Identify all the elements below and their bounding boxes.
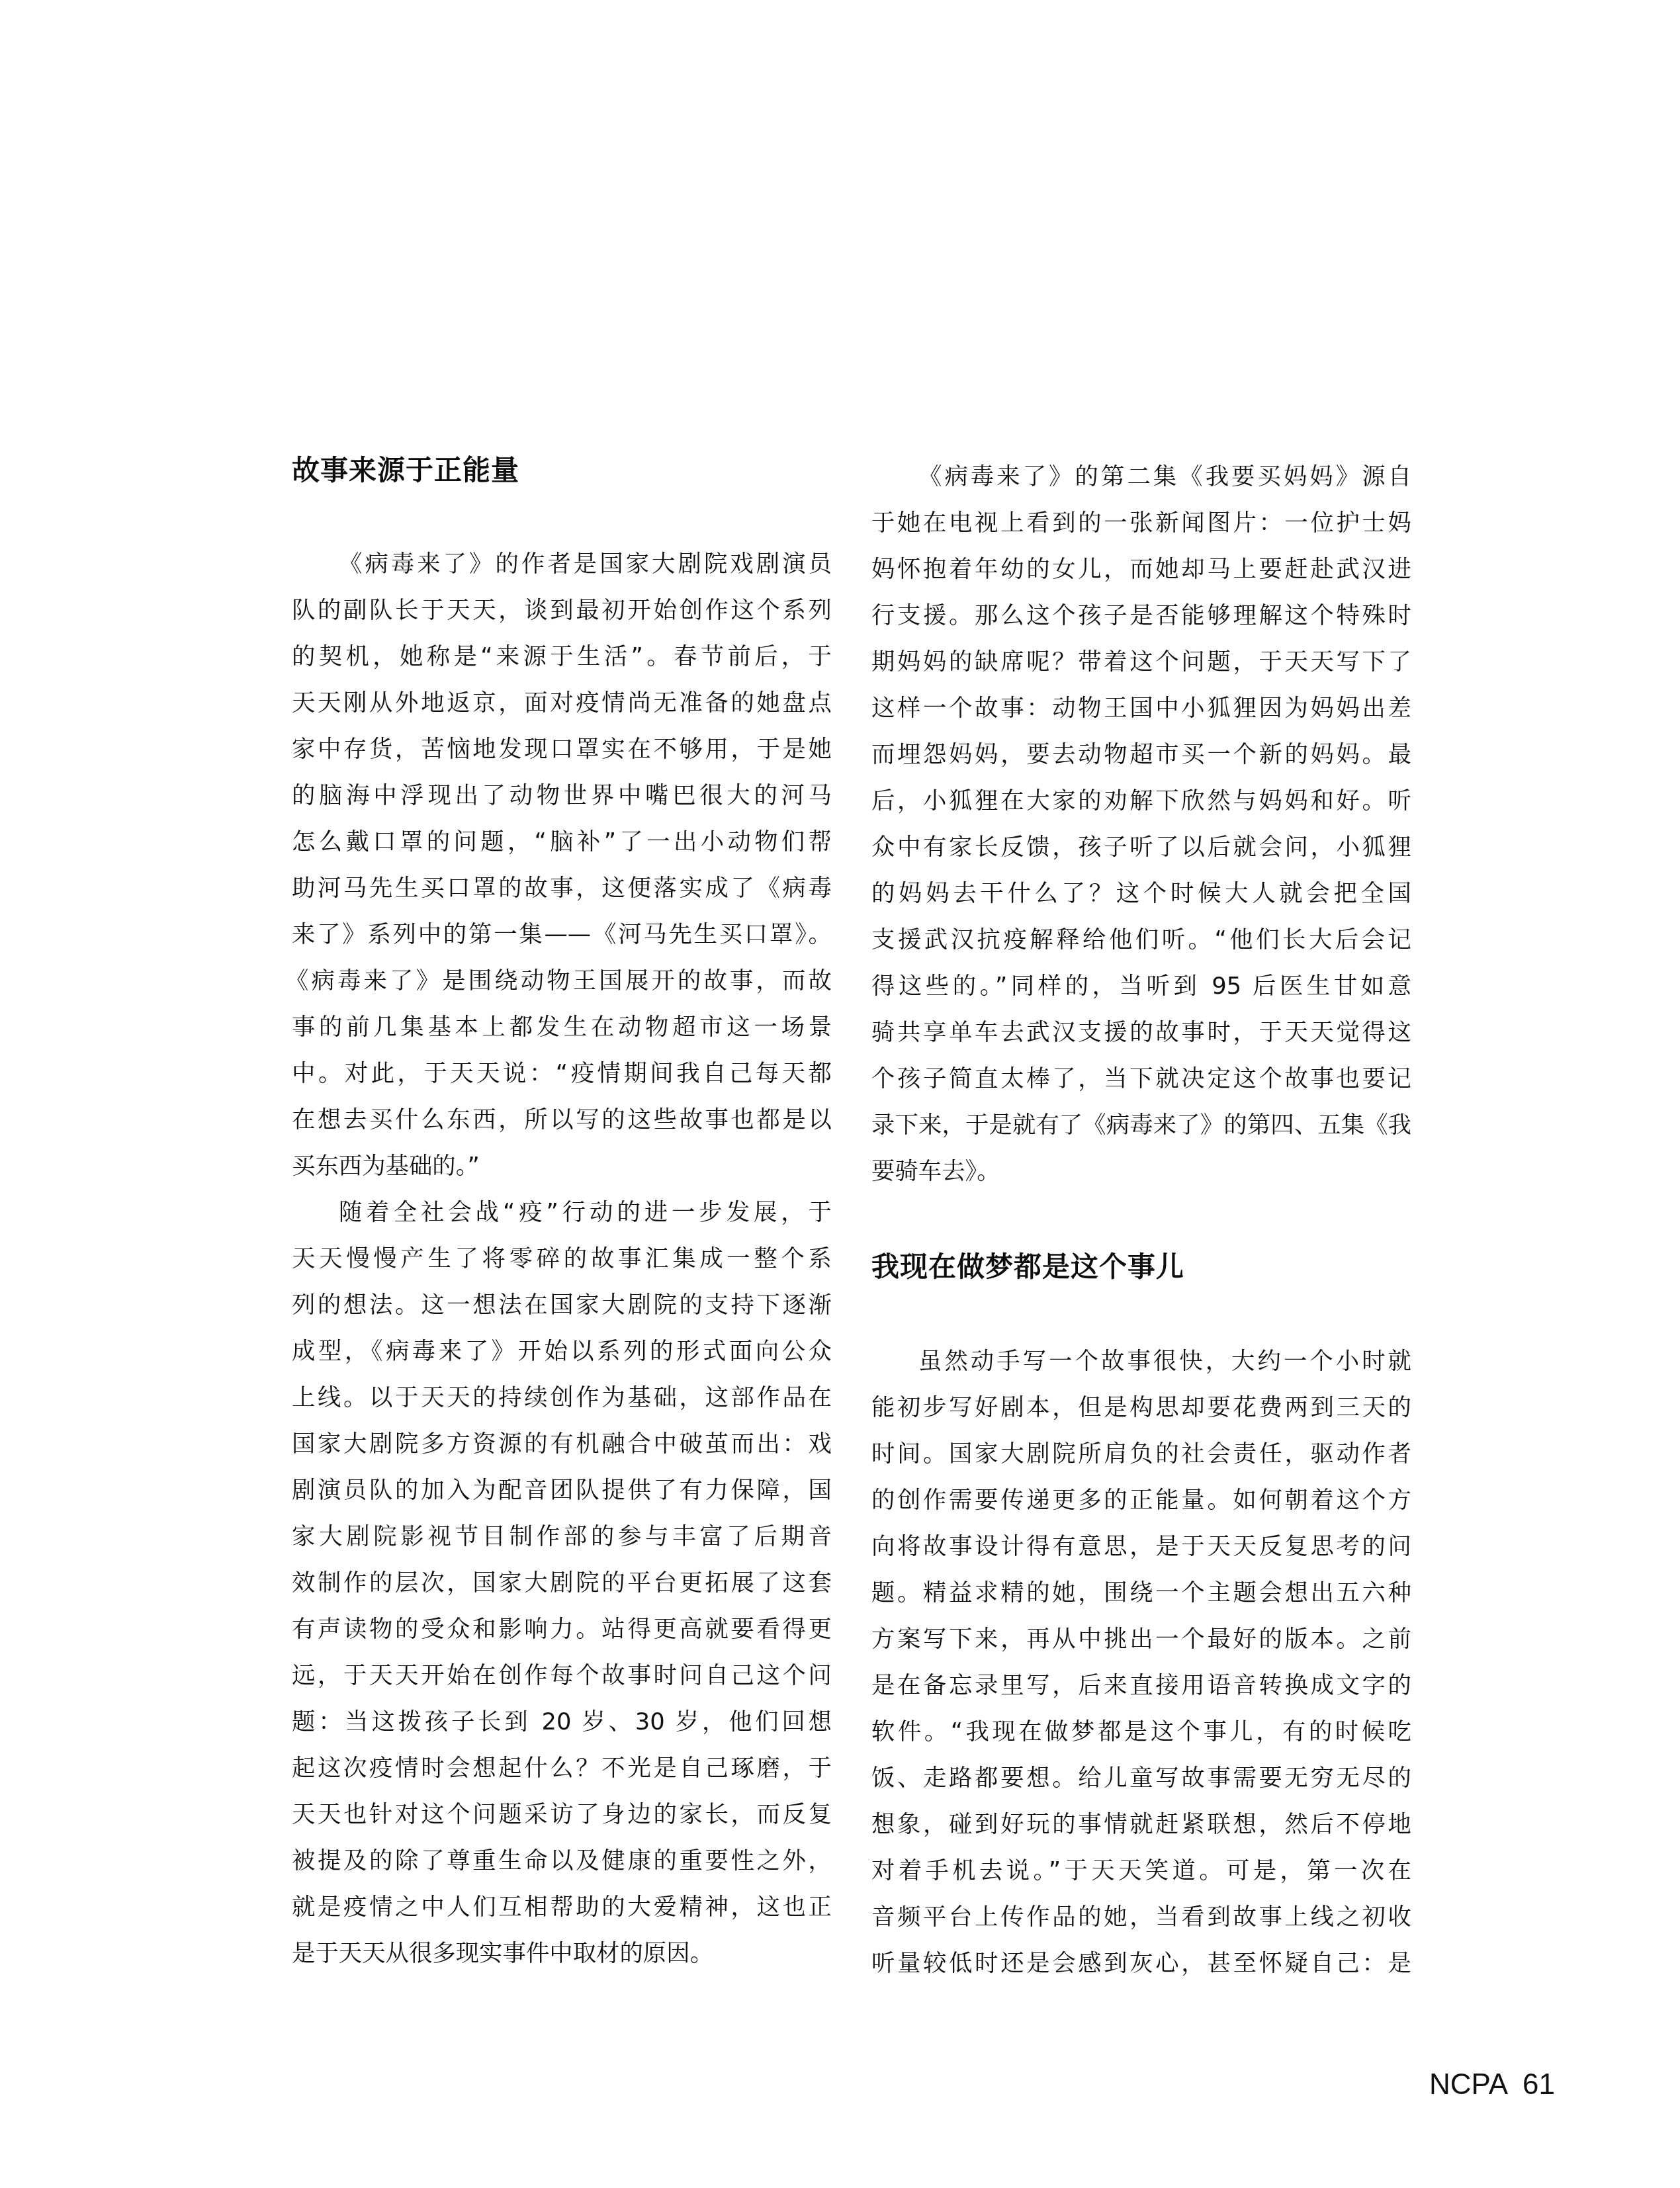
magazine-name: NCPA [1429,2068,1508,2101]
text-line: 《病毒来了》的作者是国家大剧院戏剧演员 [292,541,832,588]
text-line: 而埋怨妈妈，要去动物超市买一个新的妈妈。最 [871,732,1411,778]
text-line: 剧演员队的加入为配音团队提供了有力保障，国 [292,1467,832,1514]
text-line: 得这些的。”同样的，当听到 95 后医生甘如意 [871,963,1411,1010]
text-line: 个孩子简直太棒了，当下就决定这个故事也要记 [871,1056,1411,1102]
text-line: 是在备忘录里写，后来直接用语音转换成文字的 [871,1663,1411,1709]
text-line: 音频平台上传作品的她，当看到故事上线之初收 [871,1894,1411,1941]
text-line: 题。精益求精的她，围绕一个主题会想出五六种 [871,1570,1411,1616]
text-line: 事的前几集基本上都发生在动物超市这一场景 [292,1004,832,1051]
text-line: 是于天天从很多现实事件中取材的原因。 [292,1931,832,1977]
text-line: 的契机，她称是“来源于生活”。春节前后，于 [292,634,832,680]
text-line: 方案写下来，再从中挑出一个最好的版本。之前 [871,1616,1411,1663]
text-line: 家大剧院影视节目制作部的参与丰富了后期音 [292,1514,832,1560]
magazine-page: 故事来源于正能量 《病毒来了》的作者是国家大剧院戏剧演员 队的副队长于天天，谈到… [0,0,1680,2188]
text-line: 饭、走路都要想。给儿童写故事需要无穷无尽的 [871,1755,1411,1802]
text-line: 行支援。那么这个孩子是否能够理解这个特殊时 [871,593,1411,639]
paragraph-creative-process: 虽然动手写一个故事很快，大约一个小时就 能初步写好剧本，但是构思却要花费两到三天… [871,1338,1411,1987]
text-line: 买东西为基础的。” [292,1143,832,1190]
text-line: 的脑海中浮现出了动物世界中嘴巴很大的河马 [292,773,832,819]
text-line: 软件。“我现在做梦都是这个事儿，有的时候吃 [871,1709,1411,1755]
text-line: 来了》系列中的第一集——《河马先生买口罩》。 [292,912,832,958]
text-line: 列的想法。这一想法在国家大剧院的支持下逐渐 [292,1282,832,1329]
text-line: 在想去买什么东西，所以写的这些故事也都是以 [292,1097,832,1143]
section-heading-positive-energy: 故事来源于正能量 [292,457,519,484]
page-number: 61 [1523,2068,1555,2101]
text-line: 虽然动手写一个故事很快，大约一个小时就 [871,1338,1411,1385]
text-line: 起这次疫情时会想起什么？不光是自己琢磨，于 [292,1745,832,1792]
text-line: 的妈妈去干什么了？这个时候大人就会把全国 [871,871,1411,917]
text-line: 就是疫情之中人们互相帮助的大爱精神，这也正 [292,1884,832,1931]
text-line: 队的副队长于天天，谈到最初开始创作这个系列 [292,588,832,634]
text-line: 中。对此，于天天说：“疫情期间我自己每天都 [292,1051,832,1097]
text-line: 向将故事设计得有意思，是于天天反复思考的问 [871,1524,1411,1570]
text-line: 家中存货，苦恼地发现口罩实在不够用，于是她 [292,726,832,773]
text-line: 骑共享单车去武汉支援的故事时，于天天觉得这 [871,1010,1411,1056]
text-line: 怎么戴口罩的问题，“脑补”了一出小动物们帮 [292,819,832,865]
section-heading-dreaming: 我现在做梦都是这个事儿 [871,1253,1184,1281]
paragraph-author-origin: 《病毒来了》的作者是国家大剧院戏剧演员 队的副队长于天天，谈到最初开始创作这个系… [292,541,832,1190]
text-line: 国家大剧院多方资源的有机融合中破茧而出：戏 [292,1421,832,1467]
text-line: 题：当这拨孩子长到 20 岁、30 岁，他们回想 [292,1699,832,1745]
text-line: 天天刚从外地返京，面对疫情尚无准备的她盘点 [292,680,832,726]
text-line: 助河马先生买口罩的故事，这便落实成了《病毒 [292,865,832,912]
text-line: 成型，《病毒来了》开始以系列的形式面向公众 [292,1329,832,1375]
text-line: 众中有家长反馈，孩子听了以后就会问，小狐狸 [871,824,1411,871]
text-line: 远，于天天开始在创作每个故事时问自己这个问 [292,1653,832,1699]
text-line: 天天慢慢产生了将零碎的故事汇集成一整个系 [292,1236,832,1282]
text-line: 妈怀抱着年幼的女儿，而她却马上要赶赴武汉进 [871,547,1411,593]
text-line: 于她在电视上看到的一张新闻图片：一位护士妈 [871,500,1411,547]
text-line: 能初步写好剧本，但是构思却要花费两到三天的 [871,1385,1411,1431]
paragraph-series-development: 随着全社会战“疫”行动的进一步发展，于 天天慢慢产生了将零碎的故事汇集成一整个系… [292,1190,832,1977]
text-line: 随着全社会战“疫”行动的进一步发展，于 [292,1190,832,1236]
text-line: 想象，碰到好玩的事情就赶紧联想，然后不停地 [871,1802,1411,1848]
text-line: 《病毒来了》的第二集《我要买妈妈》源自 [871,454,1411,500]
page-folio: NCPA61 [1429,2068,1555,2101]
text-line: 录下来，于是就有了《病毒来了》的第四、五集《我 [871,1102,1411,1149]
text-line: 效制作的层次，国家大剧院的平台更拓展了这套 [292,1560,832,1606]
text-line: 上线。以于天天的持续创作为基础，这部作品在 [292,1375,832,1421]
text-line: 支援武汉抗疫解释给他们听。“他们长大后会记 [871,917,1411,963]
text-line: 有声读物的受众和影响力。站得更高就要看得更 [292,1606,832,1653]
text-line: 天天也针对这个问题采访了身边的家长，而反复 [292,1792,832,1838]
paragraph-second-episode: 《病毒来了》的第二集《我要买妈妈》源自 于她在电视上看到的一张新闻图片：一位护士… [871,454,1411,1195]
text-line: 的创作需要传递更多的正能量。如何朝着这个方 [871,1477,1411,1524]
text-line: 被提及的除了尊重生命以及健康的重要性之外， [292,1838,832,1884]
text-line: 时间。国家大剧院所肩负的社会责任，驱动作者 [871,1431,1411,1477]
text-line: 要骑车去》。 [871,1149,1411,1195]
text-line: 期妈妈的缺席呢？带着这个问题，于天天写下了 [871,639,1411,685]
text-line: 这样一个故事：动物王国中小狐狸因为妈妈出差 [871,685,1411,732]
text-line: 《病毒来了》是围绕动物王国展开的故事，而故 [285,958,832,1004]
text-line: 听量较低时还是会感到灰心，甚至怀疑自己：是 [871,1941,1411,1987]
text-line: 后，小狐狸在大家的劝解下欣然与妈妈和好。听 [871,778,1411,824]
text-line: 对着手机去说。”于天天笑道。可是，第一次在 [871,1848,1411,1894]
